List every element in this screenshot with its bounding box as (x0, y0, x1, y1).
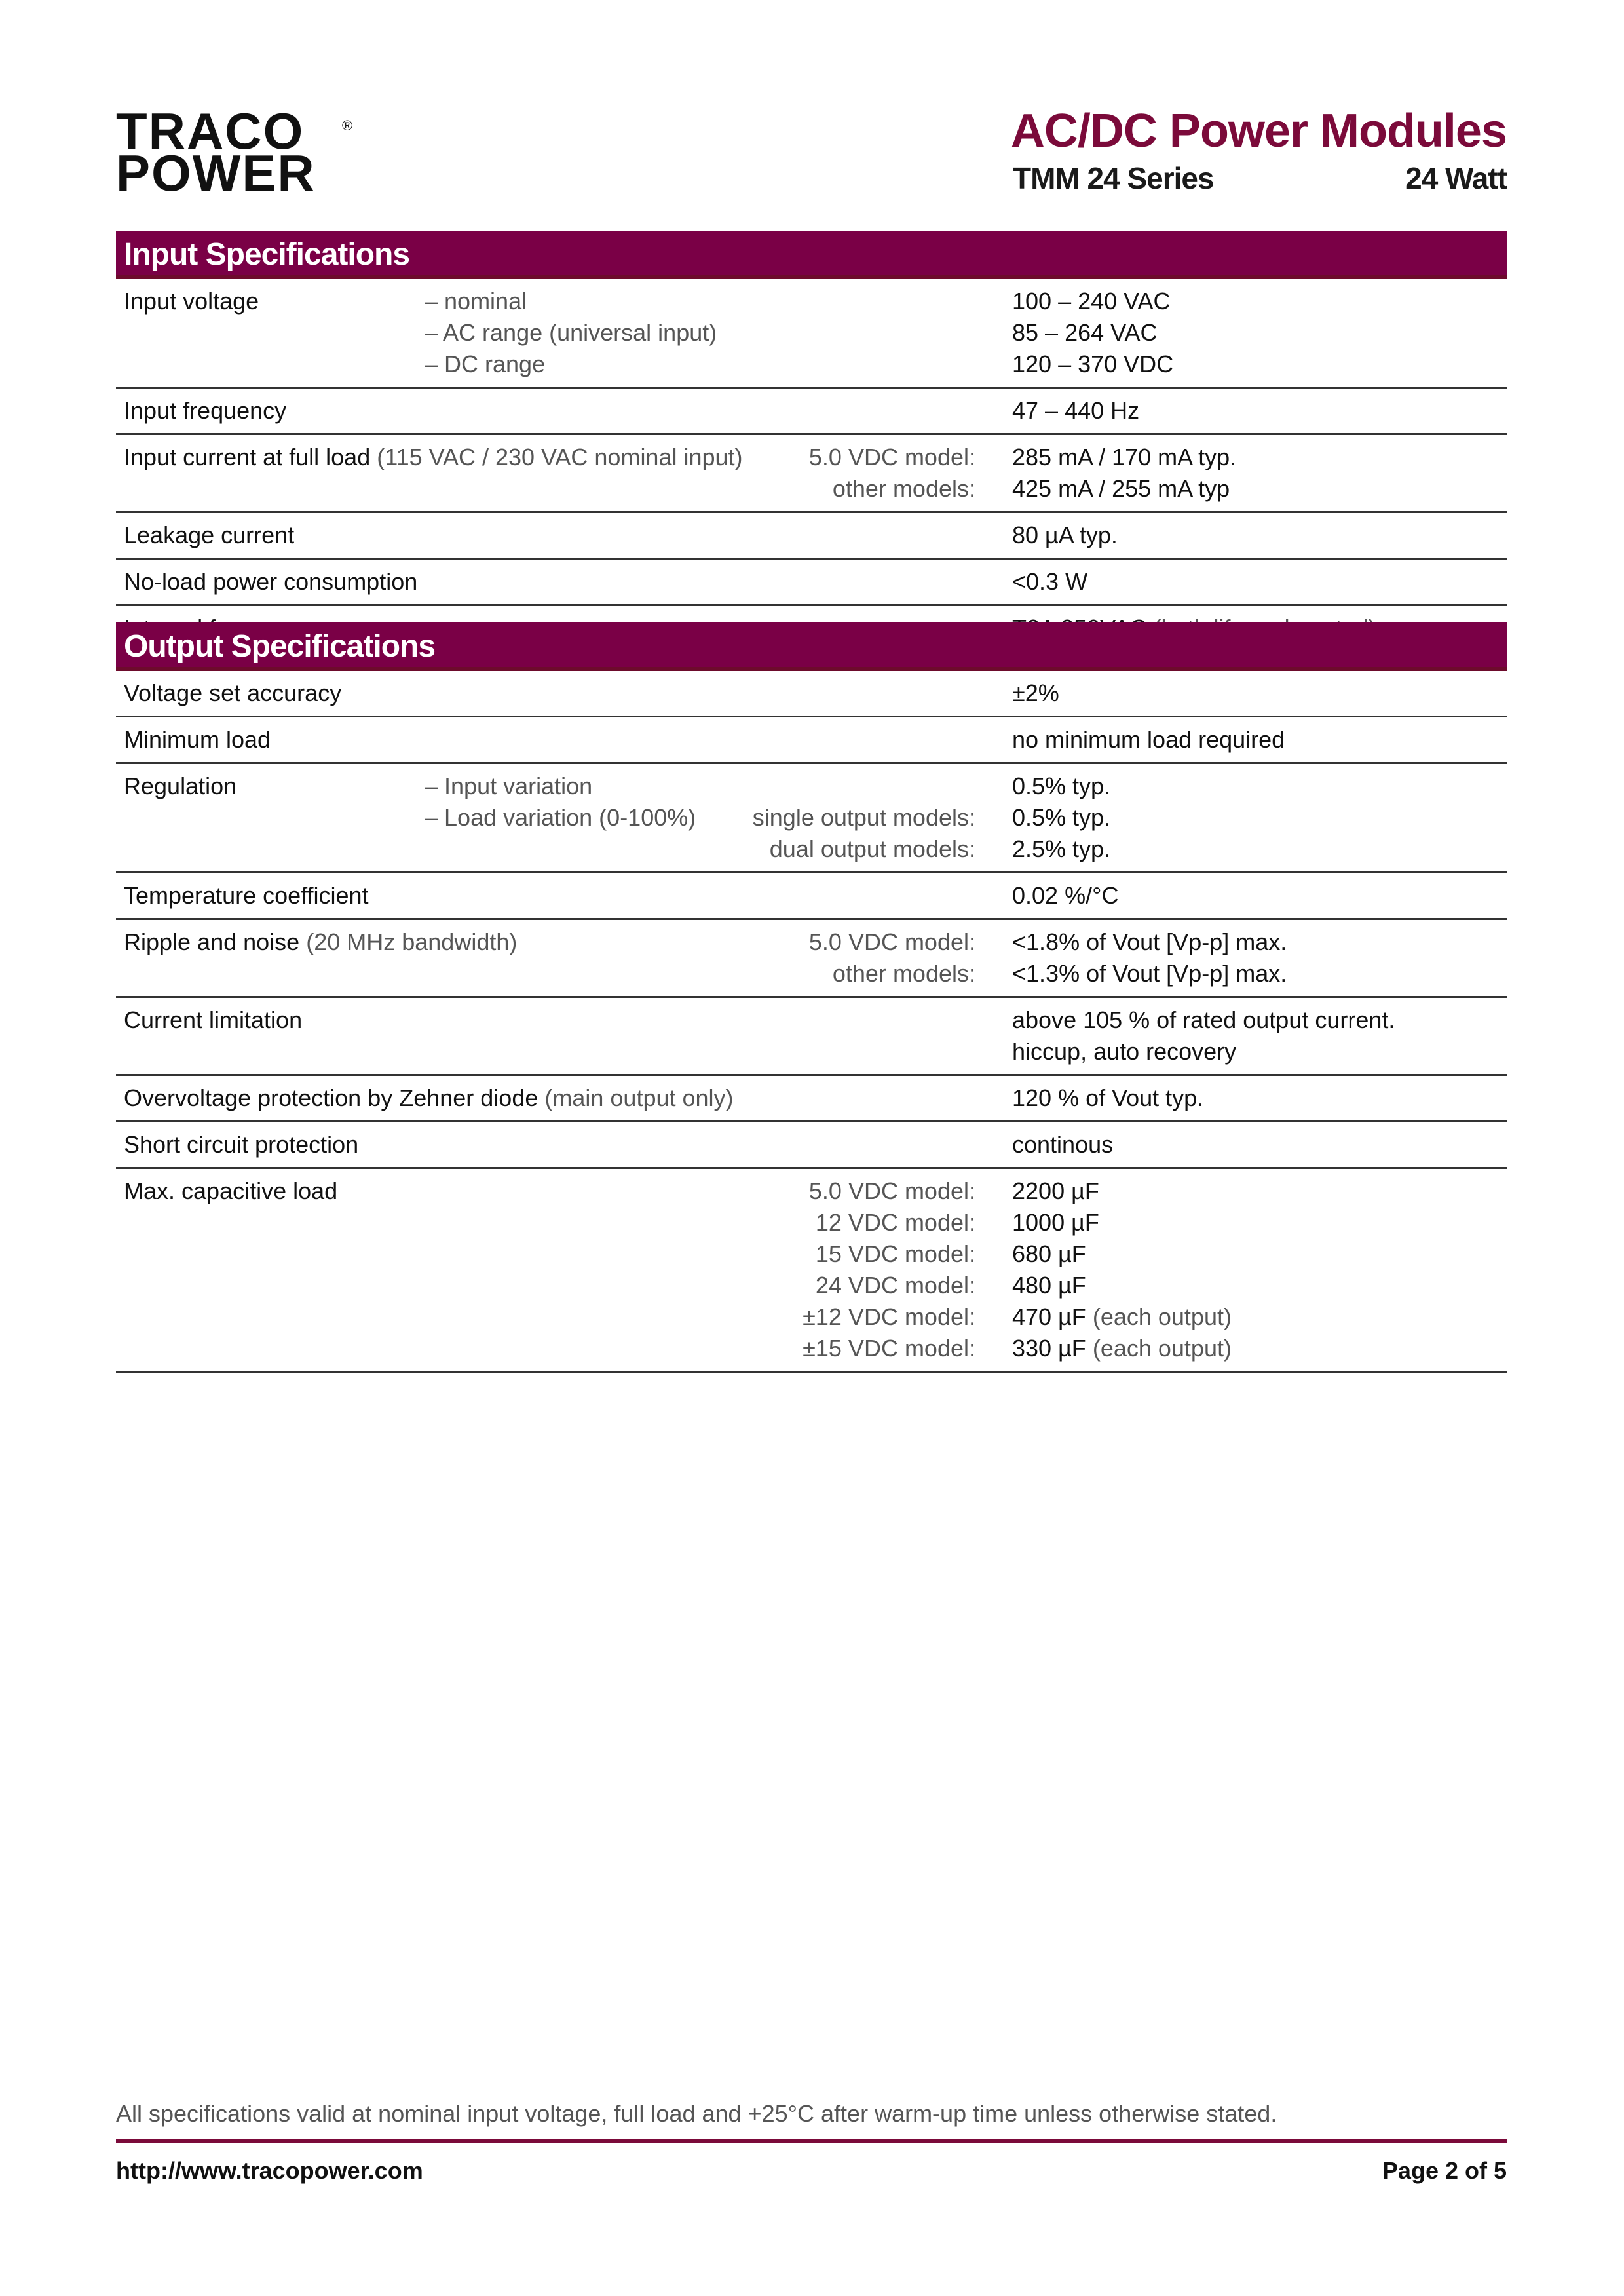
footer-divider (116, 2139, 1507, 2143)
spec-line: – AC range (universal input)85 – 264 VAC (116, 317, 1507, 349)
spec-value-text: 2.5% typ. (1012, 835, 1110, 862)
spec-line: Input voltage– nominal100 – 240 VAC (116, 286, 1507, 317)
spec-value: 100 – 240 VAC (1012, 286, 1171, 317)
spec-value: 0.02 %/°C (1012, 880, 1118, 911)
spec-value: 0.5% typ. (1012, 771, 1110, 802)
spec-value-text: 480 µF (1012, 1272, 1086, 1299)
spec-line: Voltage set accuracy±2% (116, 678, 1507, 709)
spec-value: ±2% (1012, 678, 1059, 709)
spec-value: 2200 µF (1012, 1176, 1099, 1207)
spec-label: No-load power consumption (124, 566, 417, 598)
spec-condition: other models: (833, 473, 975, 505)
power-rating: 24 Watt (1405, 161, 1507, 196)
spec-value: 1000 µF (1012, 1207, 1099, 1238)
spec-value-text: 330 µF (1012, 1335, 1086, 1362)
spec-value-text: 2200 µF (1012, 1177, 1099, 1204)
spec-label: Input current at full load (115 VAC / 23… (124, 442, 743, 473)
spec-line: Overvoltage protection by Zehner diode (… (116, 1082, 1507, 1114)
spec-line: Regulation– Input variation0.5% typ. (116, 771, 1507, 802)
spec-condition: ±15 VDC model: (803, 1333, 975, 1364)
spec-label-text: Voltage set accuracy (124, 679, 341, 706)
spec-condition: other models: (833, 958, 975, 989)
spec-sub-label: – DC range (425, 349, 545, 380)
spec-line: 12 VDC model:1000 µF (116, 1207, 1507, 1238)
spec-value: <1.3% of Vout [Vp-p] max. (1012, 958, 1287, 989)
spec-line: Temperature coefficient0.02 %/°C (116, 880, 1507, 911)
spec-value-note: (each output) (1093, 1335, 1232, 1362)
spec-condition: 5.0 VDC model: (809, 927, 975, 958)
spec-value: continous (1012, 1129, 1113, 1160)
spec-label: Voltage set accuracy (124, 678, 341, 709)
spec-value-text: 47 – 440 Hz (1012, 397, 1139, 424)
spec-label-text: Max. capacitive load (124, 1177, 337, 1204)
spec-value: 120 % of Vout typ. (1012, 1082, 1203, 1114)
spec-value: above 105 % of rated output current. (1012, 1004, 1395, 1036)
spec-row: Input current at full load (115 VAC / 23… (116, 435, 1507, 513)
spec-label: Minimum load (124, 724, 271, 756)
spec-line: No-load power consumption<0.3 W (116, 566, 1507, 598)
section-header: Input Specifications (116, 231, 1507, 279)
spec-label: Input frequency (124, 395, 286, 427)
spec-value-note: (each output) (1093, 1303, 1232, 1330)
spec-line: – Load variation (0-100%)single output m… (116, 802, 1507, 833)
spec-row: Regulation– Input variation0.5% typ.– Lo… (116, 764, 1507, 873)
spec-row: Ripple and noise (20 MHz bandwidth)5.0 V… (116, 920, 1507, 998)
spec-condition: 5.0 VDC model: (809, 442, 975, 473)
spec-line: Ripple and noise (20 MHz bandwidth)5.0 V… (116, 927, 1507, 958)
series-name: TMM 24 Series (1013, 161, 1214, 196)
spec-label-text: Input current at full load (124, 444, 370, 470)
spec-value: 470 µF (each output) (1012, 1301, 1232, 1333)
spec-value-text: above 105 % of rated output current. (1012, 1006, 1395, 1033)
spec-line: ±12 VDC model:470 µF (each output) (116, 1301, 1507, 1333)
spec-line: other models:<1.3% of Vout [Vp-p] max. (116, 958, 1507, 989)
spec-value-text: continous (1012, 1131, 1113, 1158)
spec-value: 425 mA / 255 mA typ (1012, 473, 1230, 505)
spec-label: Short circuit protection (124, 1129, 358, 1160)
spec-line: Input current at full load (115 VAC / 23… (116, 442, 1507, 473)
spec-line: – DC range120 – 370 VDC (116, 349, 1507, 380)
spec-value: 0.5% typ. (1012, 802, 1110, 833)
spec-label: Ripple and noise (20 MHz bandwidth) (124, 927, 517, 958)
spec-row: Short circuit protectioncontinous (116, 1122, 1507, 1169)
spec-value: <0.3 W (1012, 566, 1087, 598)
spec-row: Input frequency47 – 440 Hz (116, 389, 1507, 435)
spec-sub-label: – AC range (universal input) (425, 317, 717, 349)
spec-label-text: Short circuit protection (124, 1131, 358, 1158)
spec-value-text: 680 µF (1012, 1240, 1086, 1267)
spec-sub-label: – nominal (425, 286, 527, 317)
spec-value-text: no minimum load required (1012, 726, 1285, 753)
spec-label-text: Leakage current (124, 522, 294, 548)
spec-value-text: <1.3% of Vout [Vp-p] max. (1012, 960, 1287, 987)
spec-label-text: Input frequency (124, 397, 286, 424)
spec-sub-label: – Input variation (425, 771, 592, 802)
spec-value-text: 100 – 240 VAC (1012, 288, 1171, 315)
spec-condition: 5.0 VDC model: (809, 1176, 975, 1207)
spec-line: 15 VDC model:680 µF (116, 1238, 1507, 1270)
spec-value-text: 1000 µF (1012, 1209, 1099, 1236)
page-title: AC/DC Power Modules (1011, 105, 1507, 157)
spec-condition: 15 VDC model: (816, 1238, 975, 1270)
spec-label-text: Overvoltage protection by Zehner diode (124, 1084, 538, 1111)
spec-value-text: <1.8% of Vout [Vp-p] max. (1012, 928, 1287, 955)
spec-row: No-load power consumption<0.3 W (116, 560, 1507, 606)
spec-value: 80 µA typ. (1012, 520, 1118, 551)
spec-row: Max. capacitive load5.0 VDC model:2200 µ… (116, 1169, 1507, 1373)
spec-label: Temperature coefficient (124, 880, 369, 911)
spec-value-text: 285 mA / 170 mA typ. (1012, 444, 1236, 470)
spec-value: 480 µF (1012, 1270, 1086, 1301)
spec-line: hiccup, auto recovery (116, 1036, 1507, 1067)
spec-value-text: 470 µF (1012, 1303, 1086, 1330)
spec-label-note: (main output only) (544, 1084, 733, 1111)
spec-label: Current limitation (124, 1004, 302, 1036)
section-header: Output Specifications (116, 622, 1507, 671)
spec-line: Input frequency47 – 440 Hz (116, 395, 1507, 427)
spec-value-text: 0.02 %/°C (1012, 882, 1118, 909)
spec-value-text: <0.3 W (1012, 568, 1087, 595)
spec-label-text: Current limitation (124, 1006, 302, 1033)
spec-row: Minimum loadno minimum load required (116, 717, 1507, 764)
spec-label-text: No-load power consumption (124, 568, 417, 595)
spec-sub-label: – Load variation (0-100%) (425, 802, 696, 833)
page-number: Page 2 of 5 (1382, 2157, 1507, 2185)
spec-condition: 24 VDC model: (816, 1270, 975, 1301)
spec-label: Leakage current (124, 520, 294, 551)
spec-line: Short circuit protectioncontinous (116, 1129, 1507, 1160)
spec-value: 285 mA / 170 mA typ. (1012, 442, 1236, 473)
spec-value: hiccup, auto recovery (1012, 1036, 1236, 1067)
spec-label-note: (20 MHz bandwidth) (306, 928, 517, 955)
spec-value-text: 85 – 264 VAC (1012, 319, 1157, 346)
spec-label: Input voltage (124, 286, 259, 317)
spec-label-text: Input voltage (124, 288, 259, 315)
logo-line2: POWER (116, 152, 316, 194)
spec-value-text: 120 % of Vout typ. (1012, 1084, 1203, 1111)
spec-row: Overvoltage protection by Zehner diode (… (116, 1076, 1507, 1122)
spec-label-text: Regulation (124, 773, 236, 799)
spec-line: other models:425 mA / 255 mA typ (116, 473, 1507, 505)
spec-value-text: 0.5% typ. (1012, 804, 1110, 831)
website-link[interactable]: http://www.tracopower.com (116, 2157, 423, 2185)
spec-label: Regulation (124, 771, 236, 802)
spec-condition: ±12 VDC model: (803, 1301, 975, 1333)
spec-line: Leakage current80 µA typ. (116, 520, 1507, 551)
spec-condition: 12 VDC model: (816, 1207, 975, 1238)
spec-value: 2.5% typ. (1012, 833, 1110, 865)
spec-condition: single output models: (753, 802, 975, 833)
spec-condition: dual output models: (770, 833, 975, 865)
spec-row: Input voltage– nominal100 – 240 VAC– AC … (116, 279, 1507, 389)
spec-value-text: 80 µA typ. (1012, 522, 1118, 548)
spec-label-text: Minimum load (124, 726, 271, 753)
spec-value-text: 425 mA / 255 mA typ (1012, 475, 1230, 502)
spec-line: Minimum loadno minimum load required (116, 724, 1507, 756)
spec-value: 120 – 370 VDC (1012, 349, 1173, 380)
spec-value: 330 µF (each output) (1012, 1333, 1232, 1364)
spec-value: <1.8% of Vout [Vp-p] max. (1012, 927, 1287, 958)
spec-value-text: hiccup, auto recovery (1012, 1038, 1236, 1065)
spec-label-text: Temperature coefficient (124, 882, 369, 909)
spec-line: 24 VDC model:480 µF (116, 1270, 1507, 1301)
spec-row: Voltage set accuracy±2% (116, 671, 1507, 717)
spec-value: no minimum load required (1012, 724, 1285, 756)
spec-value: 680 µF (1012, 1238, 1086, 1270)
output-specifications-table: Output SpecificationsVoltage set accurac… (116, 622, 1507, 1373)
spec-value-text: 120 – 370 VDC (1012, 351, 1173, 377)
spec-value-text: ±2% (1012, 679, 1059, 706)
spec-label-text: Ripple and noise (124, 928, 299, 955)
spec-line: dual output models:2.5% typ. (116, 833, 1507, 865)
spec-row: Leakage current80 µA typ. (116, 513, 1507, 560)
spec-row: Current limitationabove 105 % of rated o… (116, 998, 1507, 1076)
spec-row: Temperature coefficient0.02 %/°C (116, 873, 1507, 920)
spec-value-text: 0.5% typ. (1012, 773, 1110, 799)
spec-line: Max. capacitive load5.0 VDC model:2200 µ… (116, 1176, 1507, 1207)
spec-label-note: (115 VAC / 230 VAC nominal input) (377, 444, 742, 470)
spec-label: Overvoltage protection by Zehner diode (… (124, 1082, 734, 1114)
spec-line: ±15 VDC model:330 µF (each output) (116, 1333, 1507, 1364)
traco-power-logo: TRACO POWER ® (116, 110, 316, 194)
spec-label: Max. capacitive load (124, 1176, 337, 1207)
registered-mark-icon: ® (342, 105, 352, 147)
spec-value: 47 – 440 Hz (1012, 395, 1139, 427)
footnote: All specifications valid at nominal inpu… (116, 2100, 1277, 2128)
spec-value: 85 – 264 VAC (1012, 317, 1157, 349)
input-specifications-table: Input SpecificationsInput voltage– nomin… (116, 231, 1507, 653)
spec-line: Current limitationabove 105 % of rated o… (116, 1004, 1507, 1036)
